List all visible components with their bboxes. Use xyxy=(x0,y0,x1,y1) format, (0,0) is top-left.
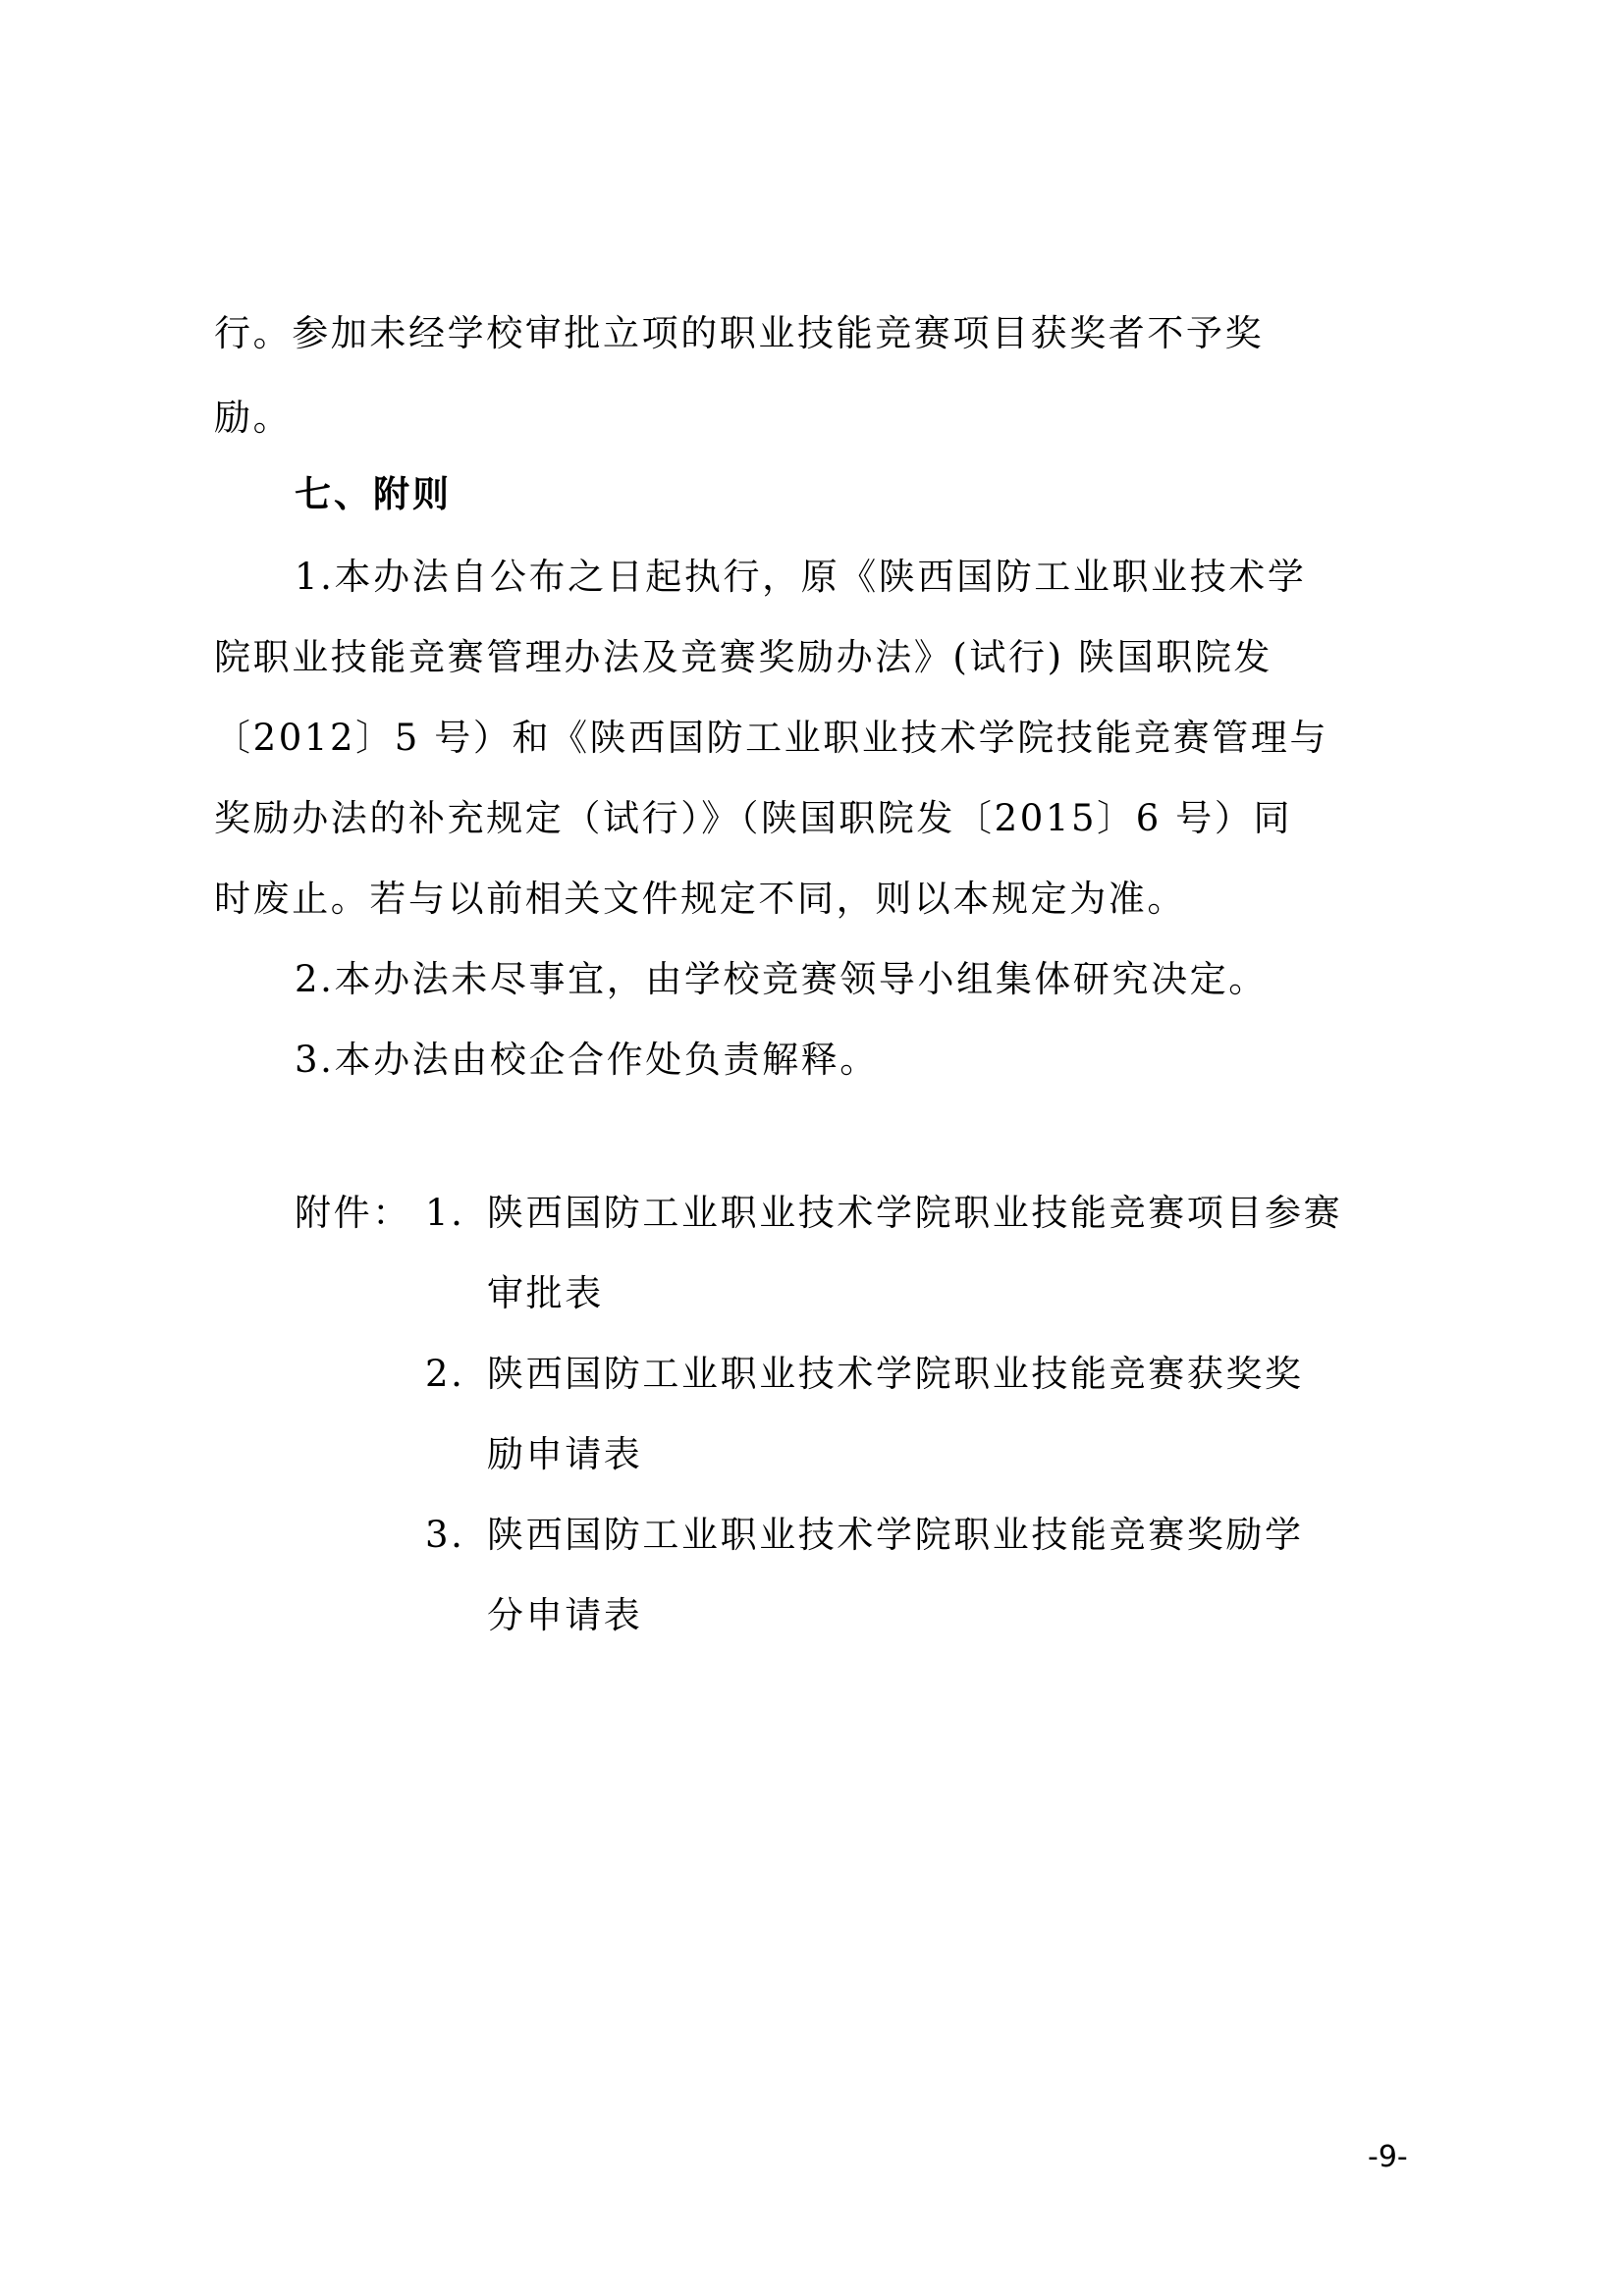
attachment-3-title-line-2: 分申请表 xyxy=(487,1594,642,1637)
continuation-line-1: 行。参加未经学校审批立项的职业技能竞赛项目获奖者不予奖 xyxy=(214,312,1435,355)
clause-1-line-4: 奖励办法的补充规定（试行）》（陕国职院发〔2015〕6 号）同 xyxy=(214,797,1435,840)
attachment-1-title-line-2: 审批表 xyxy=(487,1272,604,1315)
clause-1-line-2: 院职业技能竞赛管理办法及竞赛奖励办法》(试行) 陕国职院发 xyxy=(214,636,1435,679)
attachment-1-title-line-1: 陕西国防工业职业技术学院职业技能竞赛项目参赛 xyxy=(487,1192,1342,1235)
attachment-2-number: 2. xyxy=(425,1353,465,1396)
page-number: -9- xyxy=(1368,2140,1408,2175)
clause-1-line-5: 时废止。若与以前相关文件规定不同，则以本规定为准。 xyxy=(214,878,1435,921)
section-heading: 七、附则 xyxy=(295,473,1516,516)
attachments-label: 附件： xyxy=(295,1192,411,1235)
attachment-1-number: 1. xyxy=(425,1192,465,1235)
continuation-line-2: 励。 xyxy=(214,397,1435,440)
clause-1-line-1: 1.本办法自公布之日起执行，原《陕西国防工业职业技术学 xyxy=(295,556,1435,599)
clause-3: 3.本办法由校企合作处负责解释。 xyxy=(295,1039,1516,1082)
attachment-2-title-line-1: 陕西国防工业职业技术学院职业技能竞赛获奖奖 xyxy=(487,1353,1304,1396)
attachment-2-title-line-2: 励申请表 xyxy=(487,1433,642,1476)
clause-2: 2.本办法未尽事宜，由学校竞赛领导小组集体研究决定。 xyxy=(295,958,1516,1001)
clause-1-line-3: 〔2012〕5 号）和《陕西国防工业职业技术学院技能竞赛管理与 xyxy=(214,717,1435,760)
attachment-3-number: 3. xyxy=(425,1514,465,1557)
attachment-3-title-line-1: 陕西国防工业职业技术学院职业技能竞赛奖励学 xyxy=(487,1514,1304,1557)
